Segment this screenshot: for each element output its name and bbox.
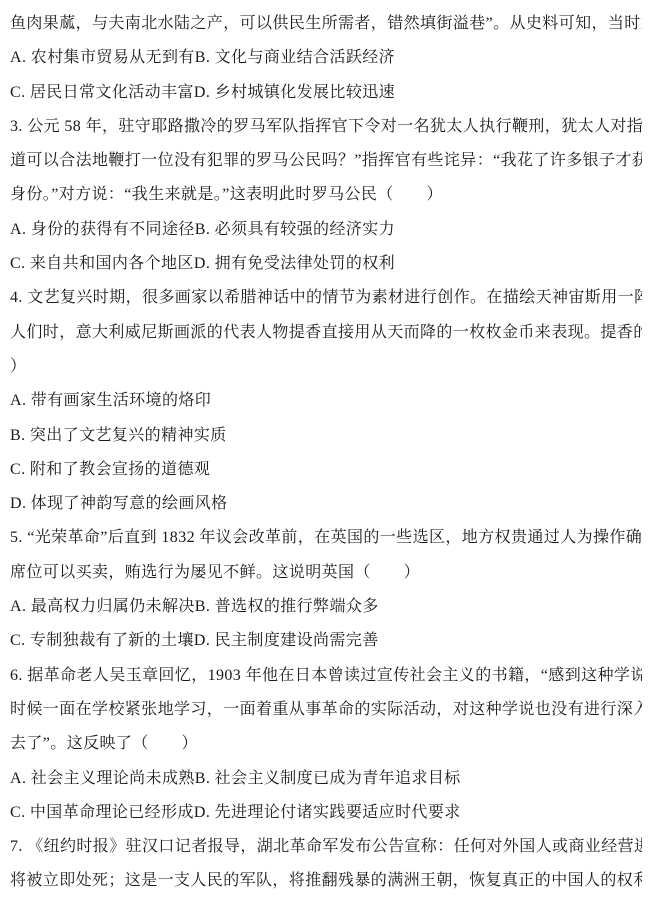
q3-stem-line-1: 3. 公元 58 年，驻守耶路撒冷的罗马军队指挥官下令对一名犹太人执行鞭刑，犹太… [10,110,642,144]
q6-options-row-2: C. 中国革命理论已经形成D. 先进理论付诸实践要适应时代要求 [10,796,642,830]
q4-stem-line-3: ） [10,350,642,384]
q5-options-row-2: C. 专制独裁有了新的土壤D. 民主制度建设尚需完善 [10,624,642,658]
q4-stem-line-2: 人们时，意大利威尼斯画派的代表人物提香直接用从天而降的一枚枚金币来表现。提香的这… [10,316,642,350]
q6-options-row-1: A. 社会主义理论尚未成熟B. 社会主义制度已成为青年追求目标 [10,762,642,796]
q4-stem-line-1: 4. 文艺复兴时期，很多画家以希腊神话中的情节为素材进行创作。在描绘天神宙斯用一… [10,281,642,315]
q3-stem-line-2: 道可以合法地鞭打一位没有犯罪的罗马公民吗？”指挥官有些诧异：“我花了许多银子才获… [10,144,642,178]
exam-document: 鱼肉果蓏，与夫南北水陆之产，可以供民生所需者，错然填街溢巷”。从史料可知，当时武… [0,0,650,902]
q2-options-row-1: A. 农村集市贸易从无到有B. 文化与商业结合活跃经济 [10,41,642,75]
q7-stem-line-1: 7. 《纽约时报》驻汉口记者报导，湖北革命军发布公告宣称：任何对外国人或商业经营… [10,830,642,864]
q6-option-b: B. 社会主义制度已成为青年追求目标 [195,762,461,796]
q3-option-c: C. 来自共和国内各个地区 [10,247,194,281]
q5-stem-line-2: 席位可以买卖，贿选行为屡见不鲜。这说明英国（ ） [10,556,642,590]
q5-option-b: B. 普选权的推行弊端众多 [195,590,379,624]
q5-option-d: D. 民主制度建设尚需完善 [194,624,379,658]
q5-options-row-1: A. 最高权力归属仍未解决B. 普选权的推行弊端众多 [10,590,642,624]
q4-option-b: B. 突出了文艺复兴的精神实质 [10,419,642,453]
q6-stem-line-3: 去了”。这反映了（ ） [10,727,642,761]
q3-option-a: A. 身份的获得有不同途径 [10,213,195,247]
q3-option-b: B. 必须具有较强的经济实力 [195,213,395,247]
q7-stem-line-2: 将被立即处死；这是一支人民的军队，将推翻残暴的满洲王朝，恢复真正的中国人的权利。… [10,864,642,898]
q2-stem-line: 鱼肉果蓏，与夫南北水陆之产，可以供民生所需者，错然填街溢巷”。从史料可知，当时武… [10,7,642,41]
q2-option-a: A. 农村集市贸易从无到有 [10,41,195,75]
q5-stem-line-1: 5. “光荣革命”后直到 1832 年议会改革前，在英国的一些选区，地方权贵通过… [10,521,642,555]
q2-option-d: D. 乡村城镇化发展比较迅速 [194,76,395,110]
q4-option-d: D. 体现了神韵写意的绘画风格 [10,487,642,521]
q4-option-c: C. 附和了教会宣扬的道德观 [10,453,642,487]
q6-option-a: A. 社会主义理论尚未成熟 [10,762,195,796]
q3-stem-line-3: 身份。”对方说：“我生来就是。”这表明此时罗马公民（ ） [10,178,642,212]
q3-option-d: D. 拥有免受法律处罚的权利 [194,247,395,281]
q6-stem-line-2: 时候一面在学校紧张地学习，一面着重从事革命的实际活动，对这种学说也没有进行深入的… [10,693,642,727]
q2-option-c: C. 居民日常文化活动丰富 [10,76,194,110]
q6-stem-line-1: 6. 据革命老人吴玉章回忆，1903 年他在日本曾读过宣传社会主义的书籍，“感到… [10,659,642,693]
q6-option-c: C. 中国革命理论已经形成 [10,796,194,830]
q5-option-c: C. 专制独裁有了新的土壤 [10,624,194,658]
q2-option-b: B. 文化与商业结合活跃经济 [195,41,395,75]
q2-options-row-2: C. 居民日常文化活动丰富D. 乡村城镇化发展比较迅速 [10,76,642,110]
q5-option-a: A. 最高权力归属仍未解决 [10,590,195,624]
q6-option-d: D. 先进理论付诸实践要适应时代要求 [194,796,461,830]
q4-option-a: A. 带有画家生活环境的烙印 [10,384,642,418]
q3-options-row-2: C. 来自共和国内各个地区D. 拥有免受法律处罚的权利 [10,247,642,281]
q3-options-row-1: A. 身份的获得有不同途径B. 必须具有较强的经济实力 [10,213,642,247]
